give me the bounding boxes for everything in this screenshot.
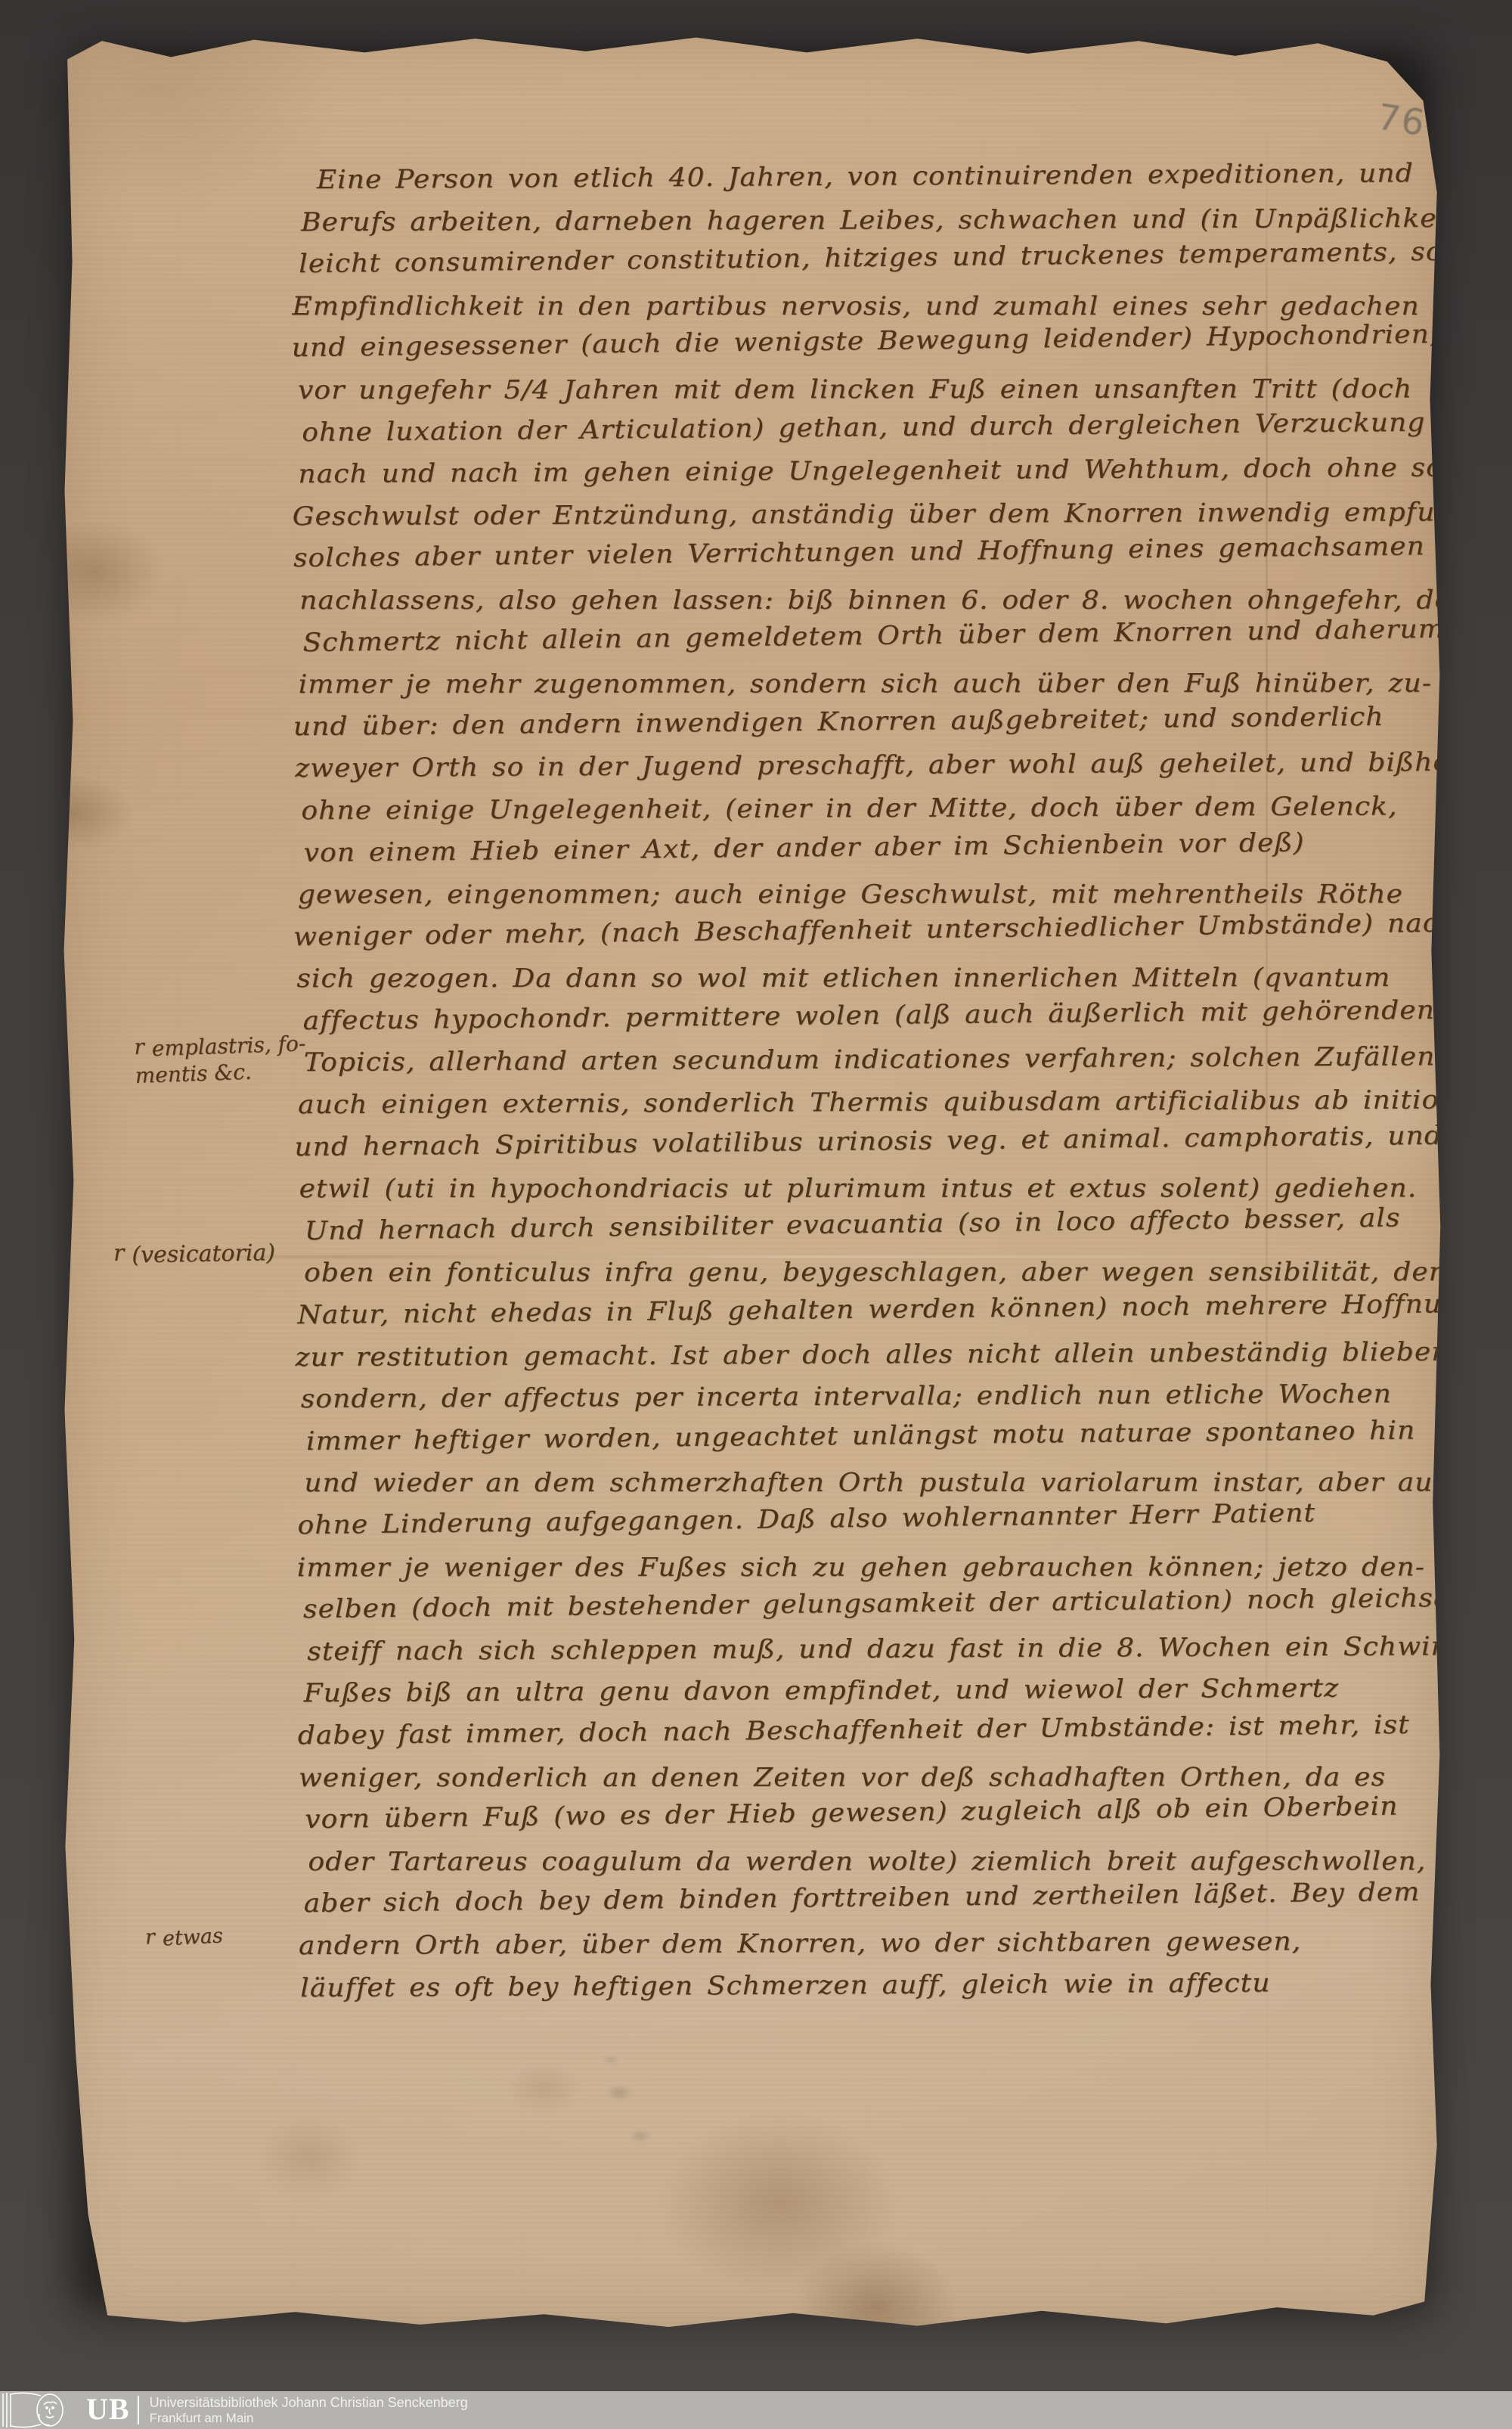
margin-note-emplastris: remplastris, fo- mentis &c.: [134, 1030, 307, 1089]
library-name: Universitätsbibliothek Johann Christian …: [150, 2395, 468, 2411]
library-logo: UB: [0, 2391, 150, 2429]
margin-note-text: emplastris, fo-: [151, 1031, 306, 1061]
text-line: Topicis, allerhand arten secundum indica…: [304, 1037, 1452, 1085]
margin-reference-mark: r: [113, 1239, 125, 1268]
text-line: andern Orth aber, über dem Knorren, wo d…: [298, 1920, 1455, 1967]
text-line: steiff nach sich schleppen muß, und dazu…: [307, 1626, 1454, 1673]
manuscript-text-block: Eine Person von etlich 40. Jahren, von c…: [296, 155, 1391, 2009]
margin-note-etwas: retwas: [144, 1923, 223, 1953]
margin-note-text: (vesicatoria): [132, 1239, 275, 1268]
library-watermark-bar: UB Universitätsbibliothek Johann Christi…: [0, 2391, 1512, 2429]
margin-reference-mark: r: [144, 1925, 156, 1950]
manuscript-page: 76 Eine Person von etlich 40. Jahren, vo…: [60, 32, 1442, 2329]
senckenberg-portrait-icon: [0, 2391, 85, 2429]
logo-divider: [138, 2396, 139, 2424]
text-line: nach und nach im gehen einige Ungelegenh…: [299, 448, 1449, 496]
scan-background: 76 Eine Person von etlich 40. Jahren, vo…: [0, 0, 1512, 2429]
text-line: zur restitution gemacht. Ist aber doch a…: [296, 1331, 1454, 1379]
margin-note-text: etwas: [162, 1924, 223, 1950]
margin-reference-mark: r: [134, 1034, 145, 1060]
ub-logo-text: UB: [86, 2394, 130, 2424]
library-city: Frankfurt am Main: [150, 2411, 468, 2426]
pencil-folio-number: 76: [1374, 96, 1429, 144]
text-line: läuffet es oft bey heftigen Schmerzen au…: [300, 1962, 1456, 2010]
margin-note-vesicatoria: r(vesicatoria): [113, 1239, 276, 1270]
text-line: Eine Person von etlich 40. Jahren, von c…: [317, 153, 1447, 202]
margin-note-text: mentis &c.: [135, 1056, 307, 1089]
ink-bleedthrough-stain: [484, 2028, 907, 2172]
text-line: zweyer Orth so in der Jugend preschafft,…: [295, 742, 1451, 790]
